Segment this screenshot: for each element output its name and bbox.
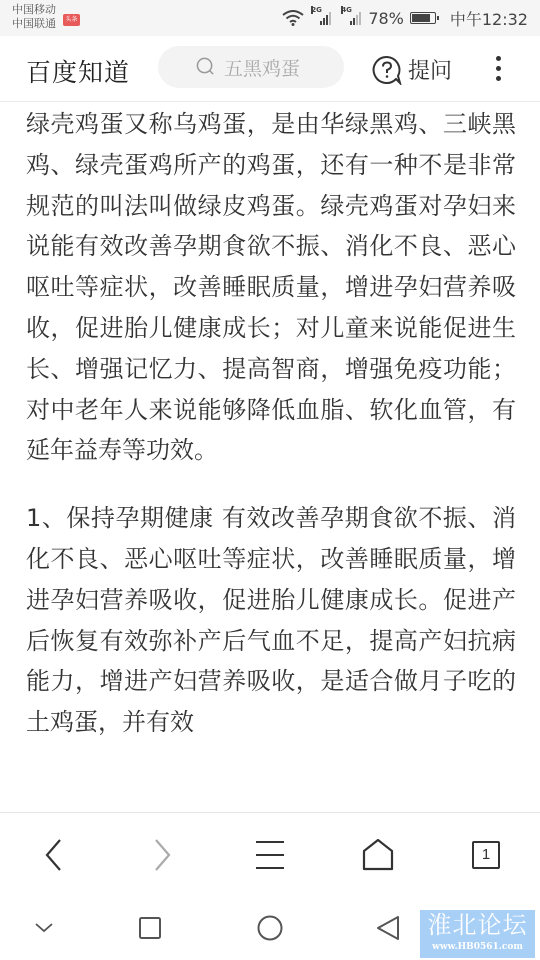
forum-watermark: 淮北论坛 www.HB0561.com bbox=[420, 910, 535, 958]
app-header: 百度知道 五黑鸡蛋 提问 bbox=[0, 36, 540, 102]
status-indicators: 2G 4G 78% 中午12:32 bbox=[282, 0, 528, 36]
brand-logo[interactable]: 百度知道 bbox=[26, 53, 130, 89]
watermark-url: www.HB0561.com bbox=[420, 940, 535, 954]
carrier-2: 中国联通 bbox=[12, 17, 56, 31]
clock: 中午12:32 bbox=[450, 7, 528, 30]
home-button[interactable] bbox=[358, 835, 398, 875]
ask-question-button[interactable]: 提问 bbox=[372, 54, 452, 85]
menu-icon bbox=[255, 840, 285, 870]
triangle-back-icon bbox=[376, 915, 400, 941]
carrier-info: 中国移动 中国联通 bbox=[12, 3, 56, 31]
forward-button[interactable] bbox=[142, 835, 182, 875]
search-input[interactable]: 五黑鸡蛋 bbox=[158, 46, 344, 88]
wifi-icon bbox=[282, 10, 304, 26]
signal-2g-icon: 2G bbox=[320, 11, 331, 25]
more-vertical-icon[interactable] bbox=[488, 56, 508, 82]
ask-label: 提问 bbox=[408, 54, 452, 85]
chevron-right-icon bbox=[152, 838, 172, 872]
battery-icon bbox=[410, 12, 436, 24]
back-button[interactable] bbox=[34, 835, 74, 875]
answer-content: 绿壳鸡蛋又称乌鸡蛋，是由华绿黑鸡、三峡黑鸡、绿壳蛋鸡所产的鸡蛋，还有一种不是非常… bbox=[26, 102, 516, 812]
carrier-1: 中国移动 bbox=[12, 3, 56, 17]
signal-4g-icon: 4G bbox=[350, 11, 361, 25]
recents-button[interactable] bbox=[132, 910, 168, 946]
system-back-button[interactable] bbox=[370, 910, 406, 946]
square-icon bbox=[139, 917, 161, 939]
watermark-title: 淮北论坛 bbox=[420, 910, 535, 940]
answer-paragraph: 绿壳鸡蛋又称乌鸡蛋，是由华绿黑鸡、三峡黑鸡、绿壳蛋鸡所产的鸡蛋，还有一种不是非常… bbox=[26, 104, 516, 471]
browser-toolbar: 1 bbox=[0, 812, 540, 896]
system-home-button[interactable] bbox=[252, 910, 288, 946]
circle-icon bbox=[257, 915, 283, 941]
status-bar: 中国移动 中国联通 头条 2G 4G 78% 中午12:32 bbox=[0, 0, 540, 36]
search-placeholder: 五黑鸡蛋 bbox=[224, 54, 300, 81]
collapse-nav-button[interactable] bbox=[26, 910, 62, 946]
tabs-icon: 1 bbox=[472, 841, 500, 869]
answer-paragraph: 1、保持孕期健康 有效改善孕期食欲不振、消化不良、恶心呕吐等症状，改善睡眠质量，… bbox=[26, 498, 516, 743]
home-icon bbox=[362, 839, 394, 871]
question-bubble-icon bbox=[372, 55, 402, 85]
chevron-left-icon bbox=[44, 838, 64, 872]
battery-percent: 78% bbox=[368, 9, 404, 28]
tabs-button[interactable]: 1 bbox=[466, 835, 506, 875]
menu-button[interactable] bbox=[250, 835, 290, 875]
chevron-down-icon bbox=[35, 923, 53, 933]
news-app-badge-icon: 头条 bbox=[63, 14, 80, 26]
search-icon bbox=[196, 57, 215, 76]
